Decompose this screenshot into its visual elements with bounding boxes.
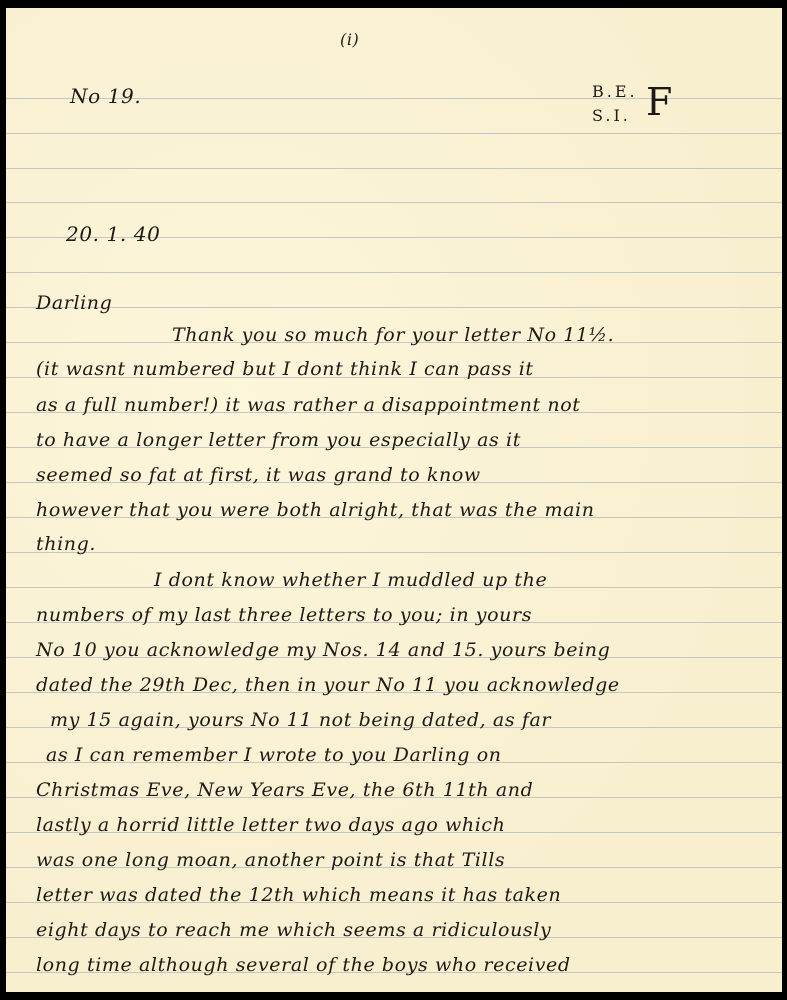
salutation: Darling (36, 292, 112, 314)
page-mark: (i) (340, 30, 359, 49)
letter-page: (i) No 19. B.E. S.I. F 20. 1. 40 Darling… (6, 8, 782, 992)
body-line: Christmas Eve, New Years Eve, the 6th 11… (36, 779, 533, 801)
body-line: was one long moan, another point is that… (36, 849, 505, 871)
body-line: however that you were both alright, that… (36, 499, 595, 521)
address-line-1: B.E. (592, 82, 638, 101)
body-line: long time although several of the boys w… (36, 954, 571, 976)
body-line: to have a longer letter from you especia… (36, 429, 521, 451)
body-line: No 10 you acknowledge my Nos. 14 and 15.… (36, 639, 610, 661)
address-letter-f: F (646, 80, 673, 124)
ruled-line (6, 133, 782, 134)
body-line: as I can remember I wrote to you Darling… (46, 744, 502, 766)
body-line: thing. (36, 533, 96, 555)
body-line: eight days to reach me which seems a rid… (36, 919, 551, 941)
body-line: lastly a horrid little letter two days a… (36, 814, 505, 836)
body-line: letter was dated the 12th which means it… (36, 884, 561, 906)
body-line: my 15 again, yours No 11 not being dated… (50, 709, 551, 731)
ruled-line (6, 202, 782, 203)
letter-number: No 19. (70, 84, 141, 108)
body-line: seemed so fat at first, it was grand to … (36, 464, 481, 486)
body-line: I dont know whether I muddled up the (154, 569, 547, 591)
ruled-line (6, 168, 782, 169)
body-line: numbers of my last three letters to you;… (36, 604, 532, 626)
address-line-2: S.I. (592, 106, 631, 125)
ruled-line (6, 307, 782, 308)
body-line: (it wasnt numbered but I dont think I ca… (36, 358, 534, 380)
body-line: dated the 29th Dec, then in your No 11 y… (36, 674, 620, 696)
letter-date: 20. 1. 40 (66, 222, 160, 246)
body-line: Thank you so much for your letter No 11½… (172, 324, 614, 346)
ruled-line (6, 272, 782, 273)
body-line: as a full number!) it was rather a disap… (36, 394, 580, 416)
ruled-line (6, 552, 782, 553)
